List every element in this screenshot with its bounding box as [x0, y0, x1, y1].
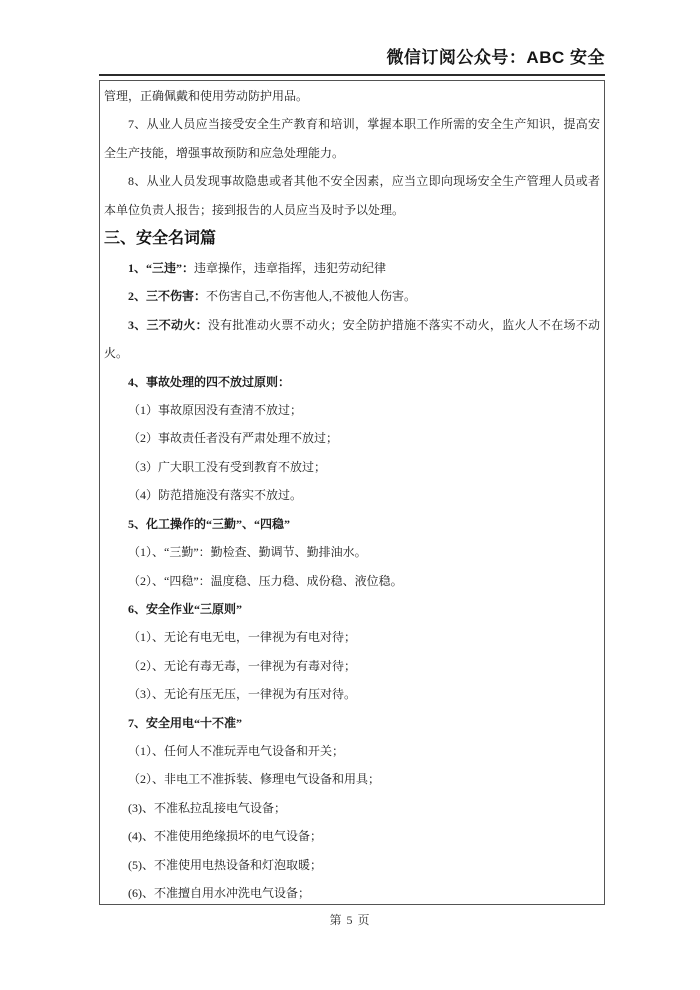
section-heading: 三、安全名词篇 [104, 224, 600, 254]
term-label: 4、事故处理的四不放过原则： [128, 375, 290, 389]
sub-item: (6)、不准擅自用水冲洗电气设备； [104, 879, 600, 905]
sub-item: （2）、非电工不准拆装、修理电气设备和用具； [104, 765, 600, 793]
term-item: 1、“三违”：违章操作，违章指挥，违犯劳动纪律 [104, 254, 600, 282]
sub-item: （2）、“四稳”：温度稳、压力稳、成份稳、液位稳。 [104, 567, 600, 595]
sub-item-text: （1）事故原因没有查清不放过； [128, 403, 302, 417]
term-item: 6、安全作业“三原则” [104, 595, 600, 623]
sub-item: (3)、不准私拉乱接电气设备； [104, 794, 600, 822]
sub-item-text: （3）广大职工没有受到教育不放过； [128, 460, 326, 474]
page-header: 微信订阅公众号：ABC 安全 [99, 43, 605, 76]
sub-item: （1）、无论有电无电，一律视为有电对待； [104, 623, 600, 651]
paragraph-text: 管理，正确佩戴和使用劳动防护用品。 [104, 89, 308, 103]
term-label: 6、安全作业“三原则” [128, 602, 242, 616]
sub-item-text: （1）、“三勤”：勤检查、勤调节、勤排油水。 [128, 545, 367, 559]
sub-item: （4）防范措施没有落实不放过。 [104, 481, 600, 509]
sub-item-text: （3）、无论有压无压，一律视为有压对待。 [128, 687, 356, 701]
term-item: 5、化工操作的“三勤”、“四稳” [104, 510, 600, 538]
sub-item-text: (4)、不准使用绝缘损坏的电气设备； [128, 829, 322, 843]
paragraph: 8、从业人员发现事故隐患或者其他不安全因素，应当立即向现场安全生产管理人员或者本… [104, 167, 600, 224]
term-label: 2、三不伤害： [128, 289, 206, 303]
sub-item: （1）、任何人不准玩弄电气设备和开关； [104, 737, 600, 765]
sub-item: (5)、不准使用电热设备和灯泡取暖； [104, 851, 600, 879]
paragraph-continuation: 管理，正确佩戴和使用劳动防护用品。 [104, 82, 600, 110]
term-definition: 违章操作，违章指挥，违犯劳动纪律 [194, 261, 386, 275]
term-item: 2、三不伤害：不伤害自己,不伤害他人,不被他人伤害。 [104, 282, 600, 310]
term-definition: 不伤害自己,不伤害他人,不被他人伤害。 [206, 289, 416, 303]
sub-item-text: (6)、不准擅自用水冲洗电气设备； [128, 886, 310, 900]
sub-item-text: （2）、无论有毒无毒，一律视为有毒对待； [128, 659, 356, 673]
term-item: 4、事故处理的四不放过原则： [104, 368, 600, 396]
term-label: 5、化工操作的“三勤”、“四稳” [128, 517, 290, 531]
sub-item-text: （1）、无论有电无电，一律视为有电对待； [128, 630, 356, 644]
sub-item: （1）、“三勤”：勤检查、勤调节、勤排油水。 [104, 538, 600, 566]
sub-item: （2）、无论有毒无毒，一律视为有毒对待； [104, 652, 600, 680]
sub-item-text: （2）、非电工不准拆装、修理电气设备和用具； [128, 772, 380, 786]
paragraph-text: 7、从业人员应当接受安全生产教育和培训，掌握本职工作所需的安全生产知识，提高安全… [104, 117, 600, 159]
sub-item-text: （2）、“四稳”：温度稳、压力稳、成份稳、液位稳。 [128, 574, 403, 588]
wechat-account-title: 微信订阅公众号：ABC 安全 [386, 48, 605, 67]
page-number: 第 5 页 [0, 911, 700, 928]
paragraph-text: 8、从业人员发现事故隐患或者其他不安全因素，应当立即向现场安全生产管理人员或者本… [104, 174, 600, 216]
paragraph: 7、从业人员应当接受安全生产教育和培训，掌握本职工作所需的安全生产知识，提高安全… [104, 110, 600, 167]
sub-item: （2）事故责任者没有严肃处理不放过； [104, 424, 600, 452]
content-box: 管理，正确佩戴和使用劳动防护用品。 7、从业人员应当接受安全生产教育和培训，掌握… [99, 80, 605, 905]
sub-item: （3）广大职工没有受到教育不放过； [104, 453, 600, 481]
sub-item-text: （4）防范措施没有落实不放过。 [128, 488, 302, 502]
sub-item: （1）事故原因没有查清不放过； [104, 396, 600, 424]
sub-item-text: (3)、不准私拉乱接电气设备； [128, 801, 286, 815]
term-label: 1、“三违”： [128, 261, 194, 275]
term-label: 3、三不动火： [128, 318, 208, 332]
sub-item-text: (5)、不准使用电热设备和灯泡取暖； [128, 858, 322, 872]
term-label: 7、安全用电“十不准” [128, 716, 242, 730]
term-item: 3、三不动火：没有批准动火票不动火；安全防护措施不落实不动火，监火人不在场不动火… [104, 311, 600, 368]
term-item: 7、安全用电“十不准” [104, 709, 600, 737]
sub-item-text: （1）、任何人不准玩弄电气设备和开关； [128, 744, 344, 758]
sub-item: （3）、无论有压无压，一律视为有压对待。 [104, 680, 600, 708]
sub-item: (4)、不准使用绝缘损坏的电气设备； [104, 822, 600, 850]
sub-item-text: （2）事故责任者没有严肃处理不放过； [128, 431, 338, 445]
